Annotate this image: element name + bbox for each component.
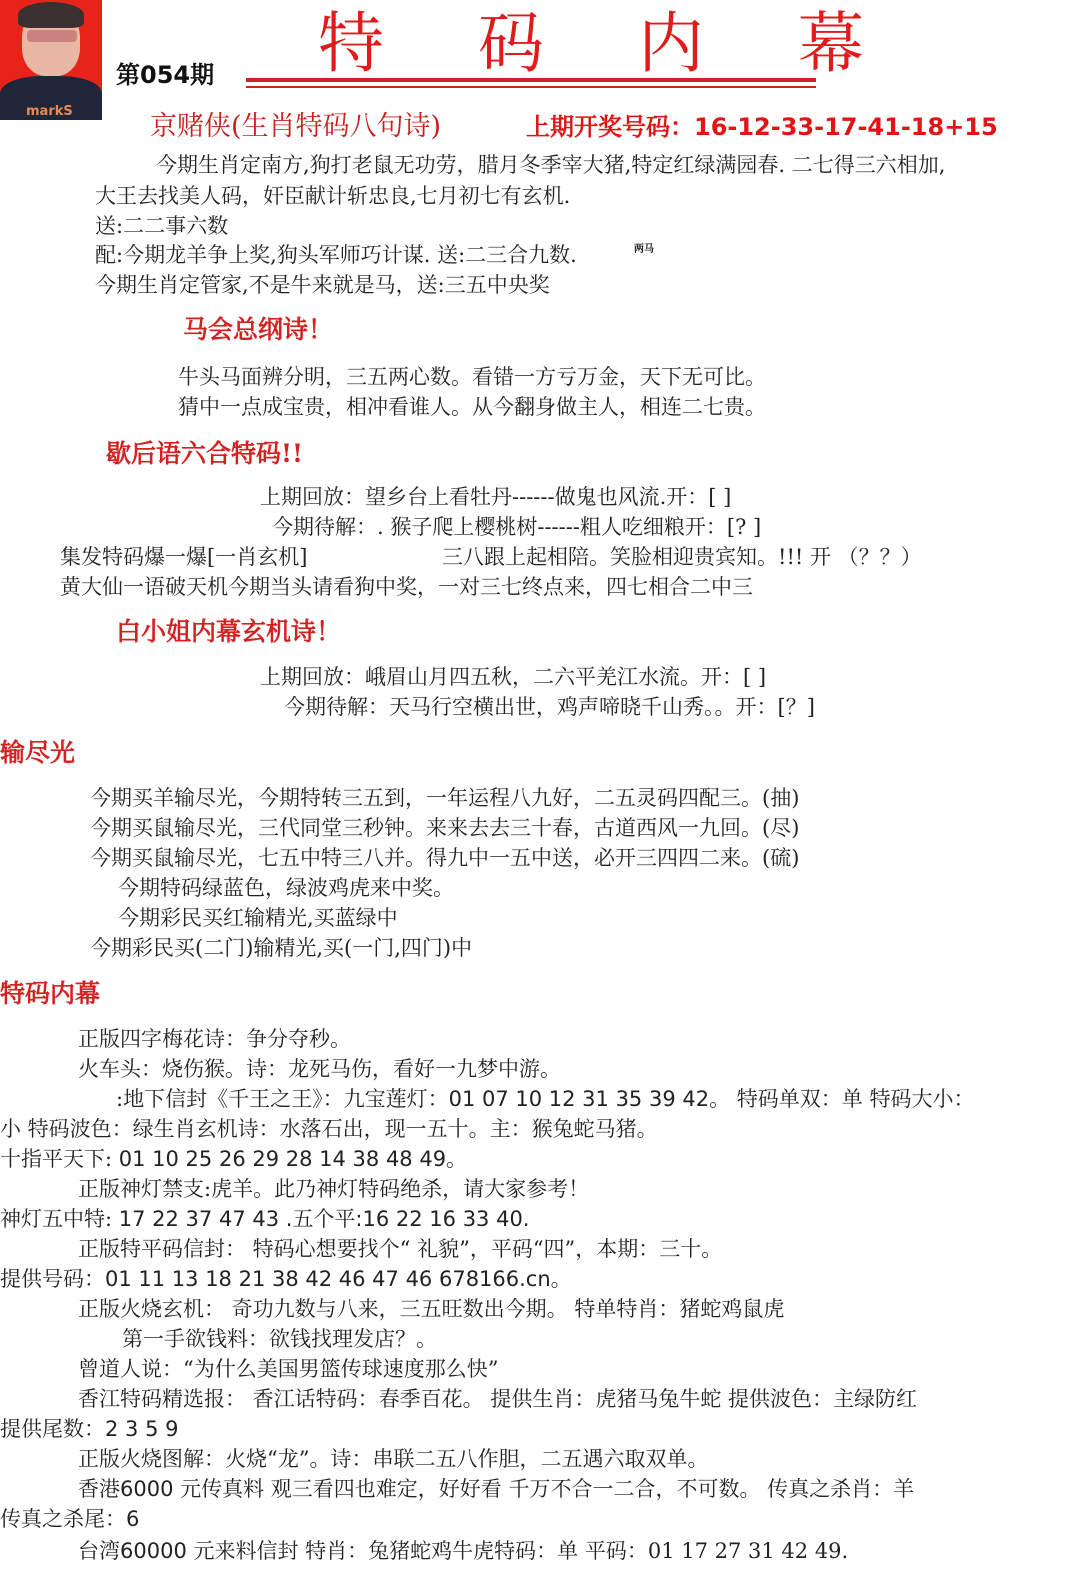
- section-heading-mahui: 马会总纲诗！: [183, 313, 333, 347]
- overlay-marker: 两马: [634, 240, 654, 255]
- tip-line: 台湾60000 元来料信封 特肖：兔猪蛇鸡牛虎特码：单 平码：01 17 27 …: [78, 1536, 848, 1566]
- poem-line: 牛头马面辨分明，三五两心数。看错一方亏万金，天下无可比。: [178, 362, 766, 392]
- poem-line: 今期特码绿蓝色，绿波鸡虎来中奖。: [118, 873, 454, 903]
- tip-line: 香江特码精选报： 香江话特码：春季百花。 提供生肖：虎猪马兔牛蛇 提供波色：主绿…: [78, 1384, 917, 1414]
- title-char: 内: [638, 4, 798, 84]
- avatar-hair: [18, 2, 84, 28]
- poem-line: 配:今期龙羊争上奖,狗头军师巧计谋. 送:二三合九数.: [95, 240, 577, 270]
- title-char: 特: [318, 4, 478, 84]
- poem-line: 今期买鼠输尽光，三代同堂三秒钟。来来去去三十春，古道西风一九回。(尽): [90, 813, 799, 843]
- poem-line: 今期彩民买(二门)输精光,买(一门,四门)中: [90, 933, 472, 963]
- tip-line: 曾道人说：“为什么美国男篮传球速度那么快”: [78, 1354, 498, 1384]
- tip-line: 提供号码：01 11 13 18 21 38 42 46 47 46 67816…: [0, 1264, 572, 1294]
- title-char: 码: [478, 4, 638, 84]
- tip-line: 提供尾数：2 3 5 9: [0, 1414, 178, 1444]
- section-heading-jingduxia: 京赌侠(生肖特码八句诗): [150, 104, 441, 143]
- tip-line: 正版四字梅花诗：争分夺秒。: [78, 1024, 351, 1054]
- section-heading-baixiaojie: 白小姐内幕玄机诗！: [116, 615, 341, 649]
- huangdaxian-line: 黄大仙一语破天机今期当头请看狗中奖，一对三七终点来，四七相合二中三: [60, 572, 753, 602]
- poem-line: 今期生肖定南方,狗打老鼠无功劳，腊月冬季宰大猪,特定红绿满园春. 二七得三六相加…: [156, 150, 945, 180]
- tip-line: :地下信封《千王之王》：九宝莲灯：01 07 10 12 31 35 39 42…: [116, 1084, 974, 1114]
- tip-line: 正版火烧图解：火烧“龙”。诗：串联二五八作胆，二五遇六取双单。: [78, 1444, 708, 1474]
- poem-line: 大王去找美人码，奸臣献计斩忠良,七月初七有玄机.: [95, 181, 570, 211]
- tip-line: 火车头：烧伤猴。诗：龙死马伤，看好一九梦中游。: [78, 1054, 561, 1084]
- title-underline: [246, 78, 816, 82]
- tip-line: 第一手欲钱料：欲钱找理发店？。: [122, 1324, 437, 1354]
- poem-line: 猜中一点成宝贵，相冲看谁人。从今翻身做主人，相连二七贵。: [178, 392, 766, 422]
- poem-line: 今期买鼠输尽光，七五中特三八并。得九中一五中送，必开三四四二来。(硫): [90, 843, 799, 873]
- poem-line: 今期彩民买红输精光,买蓝绿中: [118, 903, 398, 933]
- section-heading-xiehouyu: 歇后语六合特码!!: [106, 437, 303, 471]
- poem-line: 今期买羊输尽光，今期特转三五到，一年运程八九好，二五灵码四配三。(抽): [90, 783, 799, 813]
- riddle-current: 今期待解：天马行空横出世，鸡声啼晓千山秀。。开：[？]: [284, 692, 815, 722]
- tip-line: 十指平天下: 01 10 25 26 29 28 14 38 48 49。: [0, 1144, 467, 1174]
- tip-line: 正版火烧玄机： 奇功九数与八来，三五旺数出今期。 特单特肖：猪蛇鸡鼠虎: [78, 1294, 784, 1324]
- section-heading-temaneimu: 特码内幕: [0, 977, 100, 1011]
- tip-line: 神灯五中特: 17 22 37 47 43 .五个平:16 22 16 33 4…: [0, 1204, 530, 1234]
- avatar-glasses: [27, 30, 77, 42]
- poem-line: 送:二二事六数: [95, 211, 228, 241]
- jifa-label: 集发特码爆一爆[一肖玄机]: [60, 542, 307, 572]
- tip-line: 正版特平码信封： 特码心想要找个“ 礼貌”，平码“四”，本期：三十。: [78, 1234, 722, 1264]
- page-title: 特码内幕: [318, 4, 958, 84]
- tip-line: 香港6000 元传真料 观三看四也难定，好好看 千万不合一二合，不可数。 传真之…: [78, 1474, 914, 1504]
- last-draw-numbers: 上期开奖号码：16-12-33-17-41-18+15: [526, 107, 998, 142]
- title-underline-thin: [246, 86, 816, 88]
- tip-line: 小 特码波色：绿生肖玄机诗：水落石出，现一五十。主：猴兔蛇马猪。: [0, 1114, 658, 1144]
- tip-line: 传真之杀尾：6: [0, 1504, 139, 1534]
- riddle-last: 上期回放：望乡台上看牡丹------做鬼也风流.开：[ ]: [260, 482, 731, 512]
- avatar-logo: markS: [26, 104, 73, 119]
- riddle-last: 上期回放：峨眉山月四五秋，二六平羌江水流。开：[ ]: [260, 662, 766, 692]
- jifa-text: 三八跟上起相陪。笑脸相迎贵宾知。!!! 开 （？？）: [442, 542, 922, 572]
- author-avatar: markS: [0, 0, 102, 120]
- section-heading-shujinguang: 输尽光: [0, 736, 75, 770]
- poem-line: 今期生肖定管家,不是牛来就是马，送:三五中央奖: [95, 270, 550, 300]
- issue-number: 第054期: [116, 55, 214, 90]
- tip-line: 正版神灯禁支:虎羊。此乃神灯特码绝杀，请大家参考！: [78, 1174, 589, 1204]
- riddle-current: 今期待解：. 猴子爬上樱桃树------粗人吃细粮开：[? ]: [272, 512, 761, 542]
- title-char: 幕: [798, 4, 958, 84]
